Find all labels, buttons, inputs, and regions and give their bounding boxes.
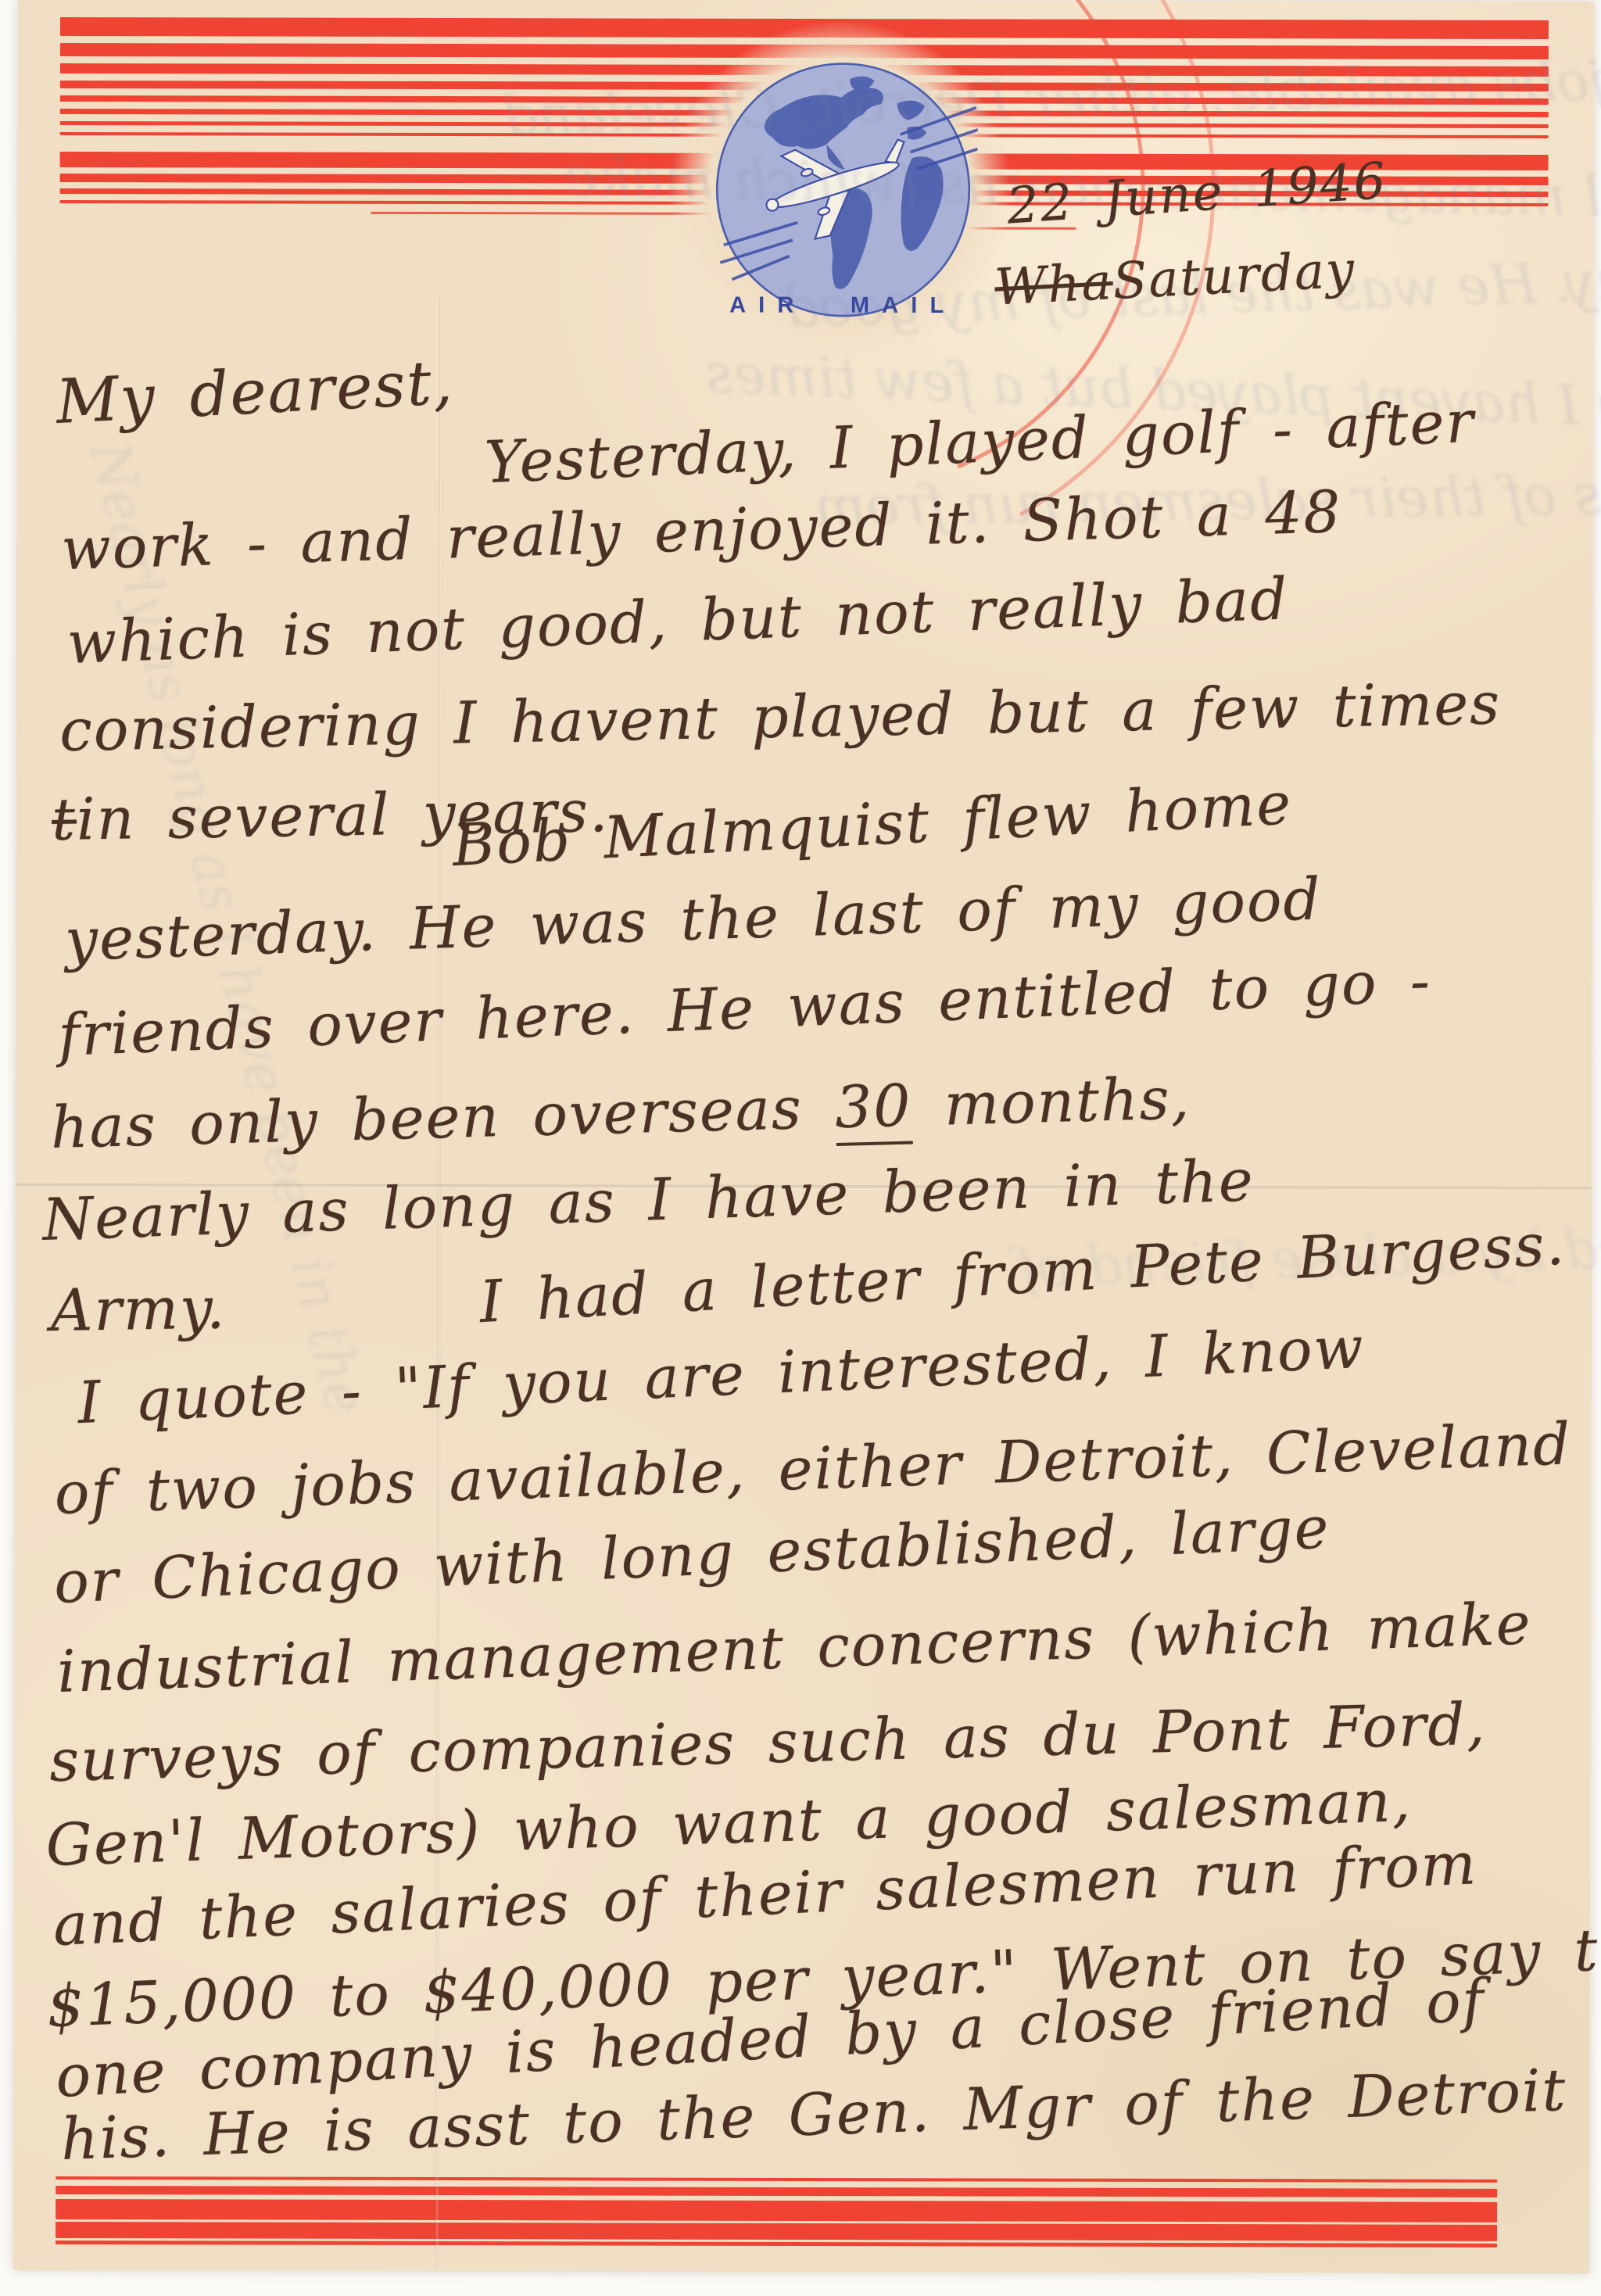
stripe	[56, 2186, 1497, 2197]
false-start: t	[52, 786, 77, 854]
date-day: Saturday	[1112, 241, 1357, 311]
letter-line: work - and really enjoyed it. Shot a 48	[60, 483, 1342, 578]
stripe	[56, 2222, 1497, 2241]
letter-line: which is not good, but not really bad	[66, 570, 1290, 672]
letter-line: Army.	[50, 1280, 227, 1340]
letter-line: I quote - "If you are interested, I know	[77, 1319, 1366, 1432]
stripe	[56, 2199, 1497, 2223]
stripe	[56, 2240, 1497, 2248]
letter-line: industrial management concerns (which ma…	[56, 1595, 1532, 1701]
salutation: My dearest,	[55, 353, 455, 433]
letterhead-stripes-bottom	[56, 2176, 1497, 2255]
letter-line: has only been overseas 30 months,	[50, 1069, 1191, 1157]
letter-line: considering I havent played but a few ti…	[59, 675, 1502, 760]
letter-page: of two jobs available, either Detroit, C…	[13, 0, 1594, 2273]
underlined-number: 30	[834, 1073, 913, 1147]
stripe	[56, 2176, 1497, 2183]
letter-line: of two jobs available, either Detroit, C…	[54, 1415, 1573, 1523]
date-day-struck: Wha	[994, 253, 1115, 317]
letter-line: yesterday. He was the last of my good	[64, 870, 1323, 969]
